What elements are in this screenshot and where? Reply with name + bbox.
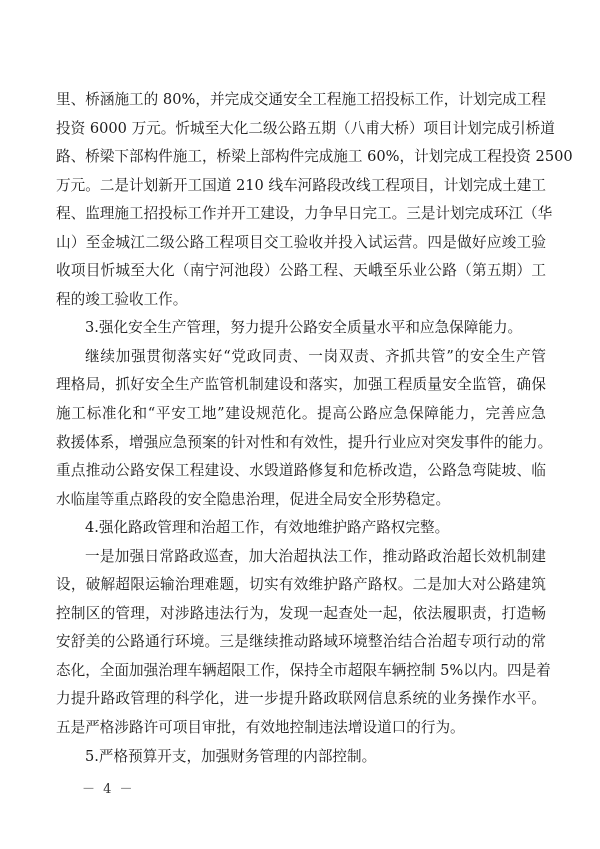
text-line: 控制区的管理，对涉路违法行为，发现一起查处一起，依法履职责，打造畅 (56, 600, 546, 629)
section-heading-3: 3.强化安全生产管理，努力提升公路安全质量水平和应急保障能力。 (56, 314, 546, 343)
text-line: 五是严格涉路许可项目审批，有效地控制违法增设道口的行为。 (56, 714, 546, 743)
text-line: 程的竣工验收工作。 (56, 286, 546, 315)
text-line: 程、监理施工招投标工作并开工建设，力争早日完工。三是计划完成环江（华 (56, 200, 546, 229)
text-line: 里、桥涵施工的 80%，并完成交通安全工程施工招投标工作，计划完成工程 (56, 86, 546, 115)
text-line: 重点推动公路安保工程建设、水毁道路修复和危桥改造，公路急弯陡坡、临 (56, 457, 546, 486)
text-line: 水临崖等重点路段的安全隐患治理，促进全局安全形势稳定。 (56, 486, 546, 515)
page-number: － 4 － (82, 778, 135, 797)
text-line: 山）至金城江二级公路工程项目交工验收并投入试运营。四是做好应竣工验 (56, 229, 546, 258)
text-line: 力提升路政管理的科学化，进一步提升路政联网信息系统的业务操作水平。 (56, 685, 546, 714)
text-line: 收项目忻城至大化（南宁河池段）公路工程、天峨至乐业公路（第五期）工 (56, 257, 546, 286)
text-line: 万元。二是计划新开工国道 210 线车河路段改线工程项目，计划完成土建工 (56, 172, 546, 201)
text-line: 继续加强贯彻落实好“党政同责、一岗双责、齐抓共管”的安全生产管 (56, 343, 546, 372)
text-line: 投资 6000 万元。忻城至大化二级公路五期（八甫大桥）项目计划完成引桥道 (56, 115, 546, 144)
body-text: 里、桥涵施工的 80%，并完成交通安全工程施工招投标工作，计划完成工程 投资 6… (56, 86, 546, 771)
text-line: 理格局，抓好安全生产监管机制建设和落实，加强工程质量安全监管，确保 (56, 371, 546, 400)
text-line: 安舒美的公路通行环境。三是继续推动路域环境整治结合治超专项行动的常 (56, 628, 546, 657)
text-line: 设，破解超限运输治理难题，切实有效维护路产路权。二是加大对公路建筑 (56, 571, 546, 600)
text-line: 态化，全面加强治理车辆超限工作，保持全市超限车辆控制 5%以内。四是着 (56, 657, 546, 686)
text-line: 救援体系，增强应急预案的针对性和有效性，提升行业应对突发事件的能力。 (56, 429, 546, 458)
text-line: 施工标准化和“平安工地”建设规范化。提高公路应急保障能力，完善应急 (56, 400, 546, 429)
section-heading-5: 5.严格预算开支，加强财务管理的内部控制。 (56, 743, 546, 772)
section-heading-4: 4.强化路政管理和治超工作，有效地维护路产路权完整。 (56, 514, 546, 543)
text-line: 一是加强日常路政巡查，加大治超执法工作，推动路政治超长效机制建 (56, 543, 546, 572)
document-page: 里、桥涵施工的 80%，并完成交通安全工程施工招投标工作，计划完成工程 投资 6… (0, 0, 600, 849)
text-line: 路、桥梁下部构件施工，桥梁上部构件完成施工 60%，计划完成工程投资 2500 (56, 143, 546, 172)
